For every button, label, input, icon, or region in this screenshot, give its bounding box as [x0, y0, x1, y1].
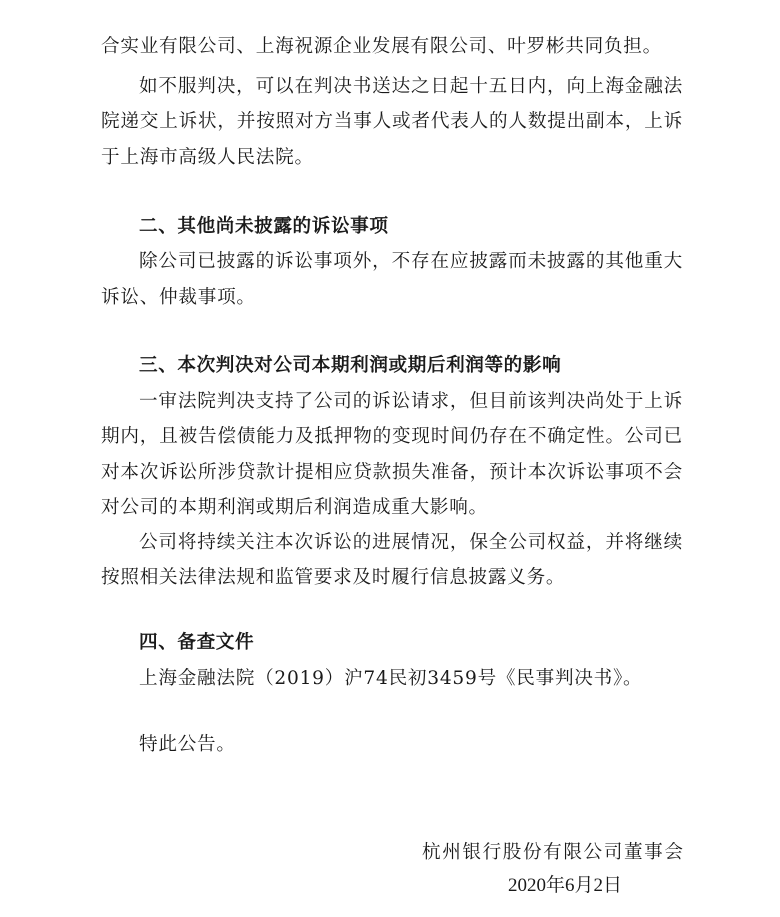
paragraph-line: 于上海市高级人民法院。	[101, 146, 683, 170]
paragraph-line: 合实业有限公司、上海祝源企业发展有限公司、叶罗彬共同负担。	[101, 35, 683, 59]
reference-document: 上海金融法院（2019）沪74民初3459号《民事判决书》。	[139, 667, 683, 691]
paragraph-line: 除公司已披露的诉讼事项外，不存在应披露而未披露的其他重大	[139, 250, 683, 274]
issuer-signature: 杭州银行股份有限公司董事会	[422, 841, 685, 865]
paragraph-line: 期内，且被告偿债能力及抵押物的变现时间仍存在不确定性。公司已	[101, 425, 683, 449]
closing-statement: 特此公告。	[139, 733, 683, 757]
paragraph-line: 对公司的本期利润或期后利润造成重大影响。	[101, 496, 683, 520]
section-heading-4: 四、备查文件	[139, 631, 683, 655]
paragraph-line: 一审法院判决支持了公司的诉讼请求，但目前该判决尚处于上诉	[139, 390, 683, 414]
paragraph-line: 对本次诉讼所涉贷款计提相应贷款损失准备，预计本次诉讼事项不会	[101, 461, 683, 485]
paragraph-line: 如不服判决，可以在判决书送达之日起十五日内，向上海金融法	[139, 75, 683, 99]
section-heading-3: 三、本次判决对公司本期利润或期后利润等的影响	[139, 354, 683, 378]
section-heading-2: 二、其他尚未披露的诉讼事项	[139, 215, 683, 239]
paragraph-line: 公司将持续关注本次诉讼的进展情况，保全公司权益，并将继续	[139, 531, 683, 555]
issue-date: 2020年6月2日	[508, 874, 622, 898]
paragraph-line: 按照相关法律法规和监管要求及时履行信息披露义务。	[101, 566, 683, 590]
paragraph-line: 院递交上诉状，并按照对方当事人或者代表人的人数提出副本，上诉	[101, 110, 683, 134]
paragraph-line: 诉讼、仲裁事项。	[101, 286, 683, 310]
document-page: 合实业有限公司、上海祝源企业发展有限公司、叶罗彬共同负担。 如不服判决，可以在判…	[0, 0, 780, 917]
